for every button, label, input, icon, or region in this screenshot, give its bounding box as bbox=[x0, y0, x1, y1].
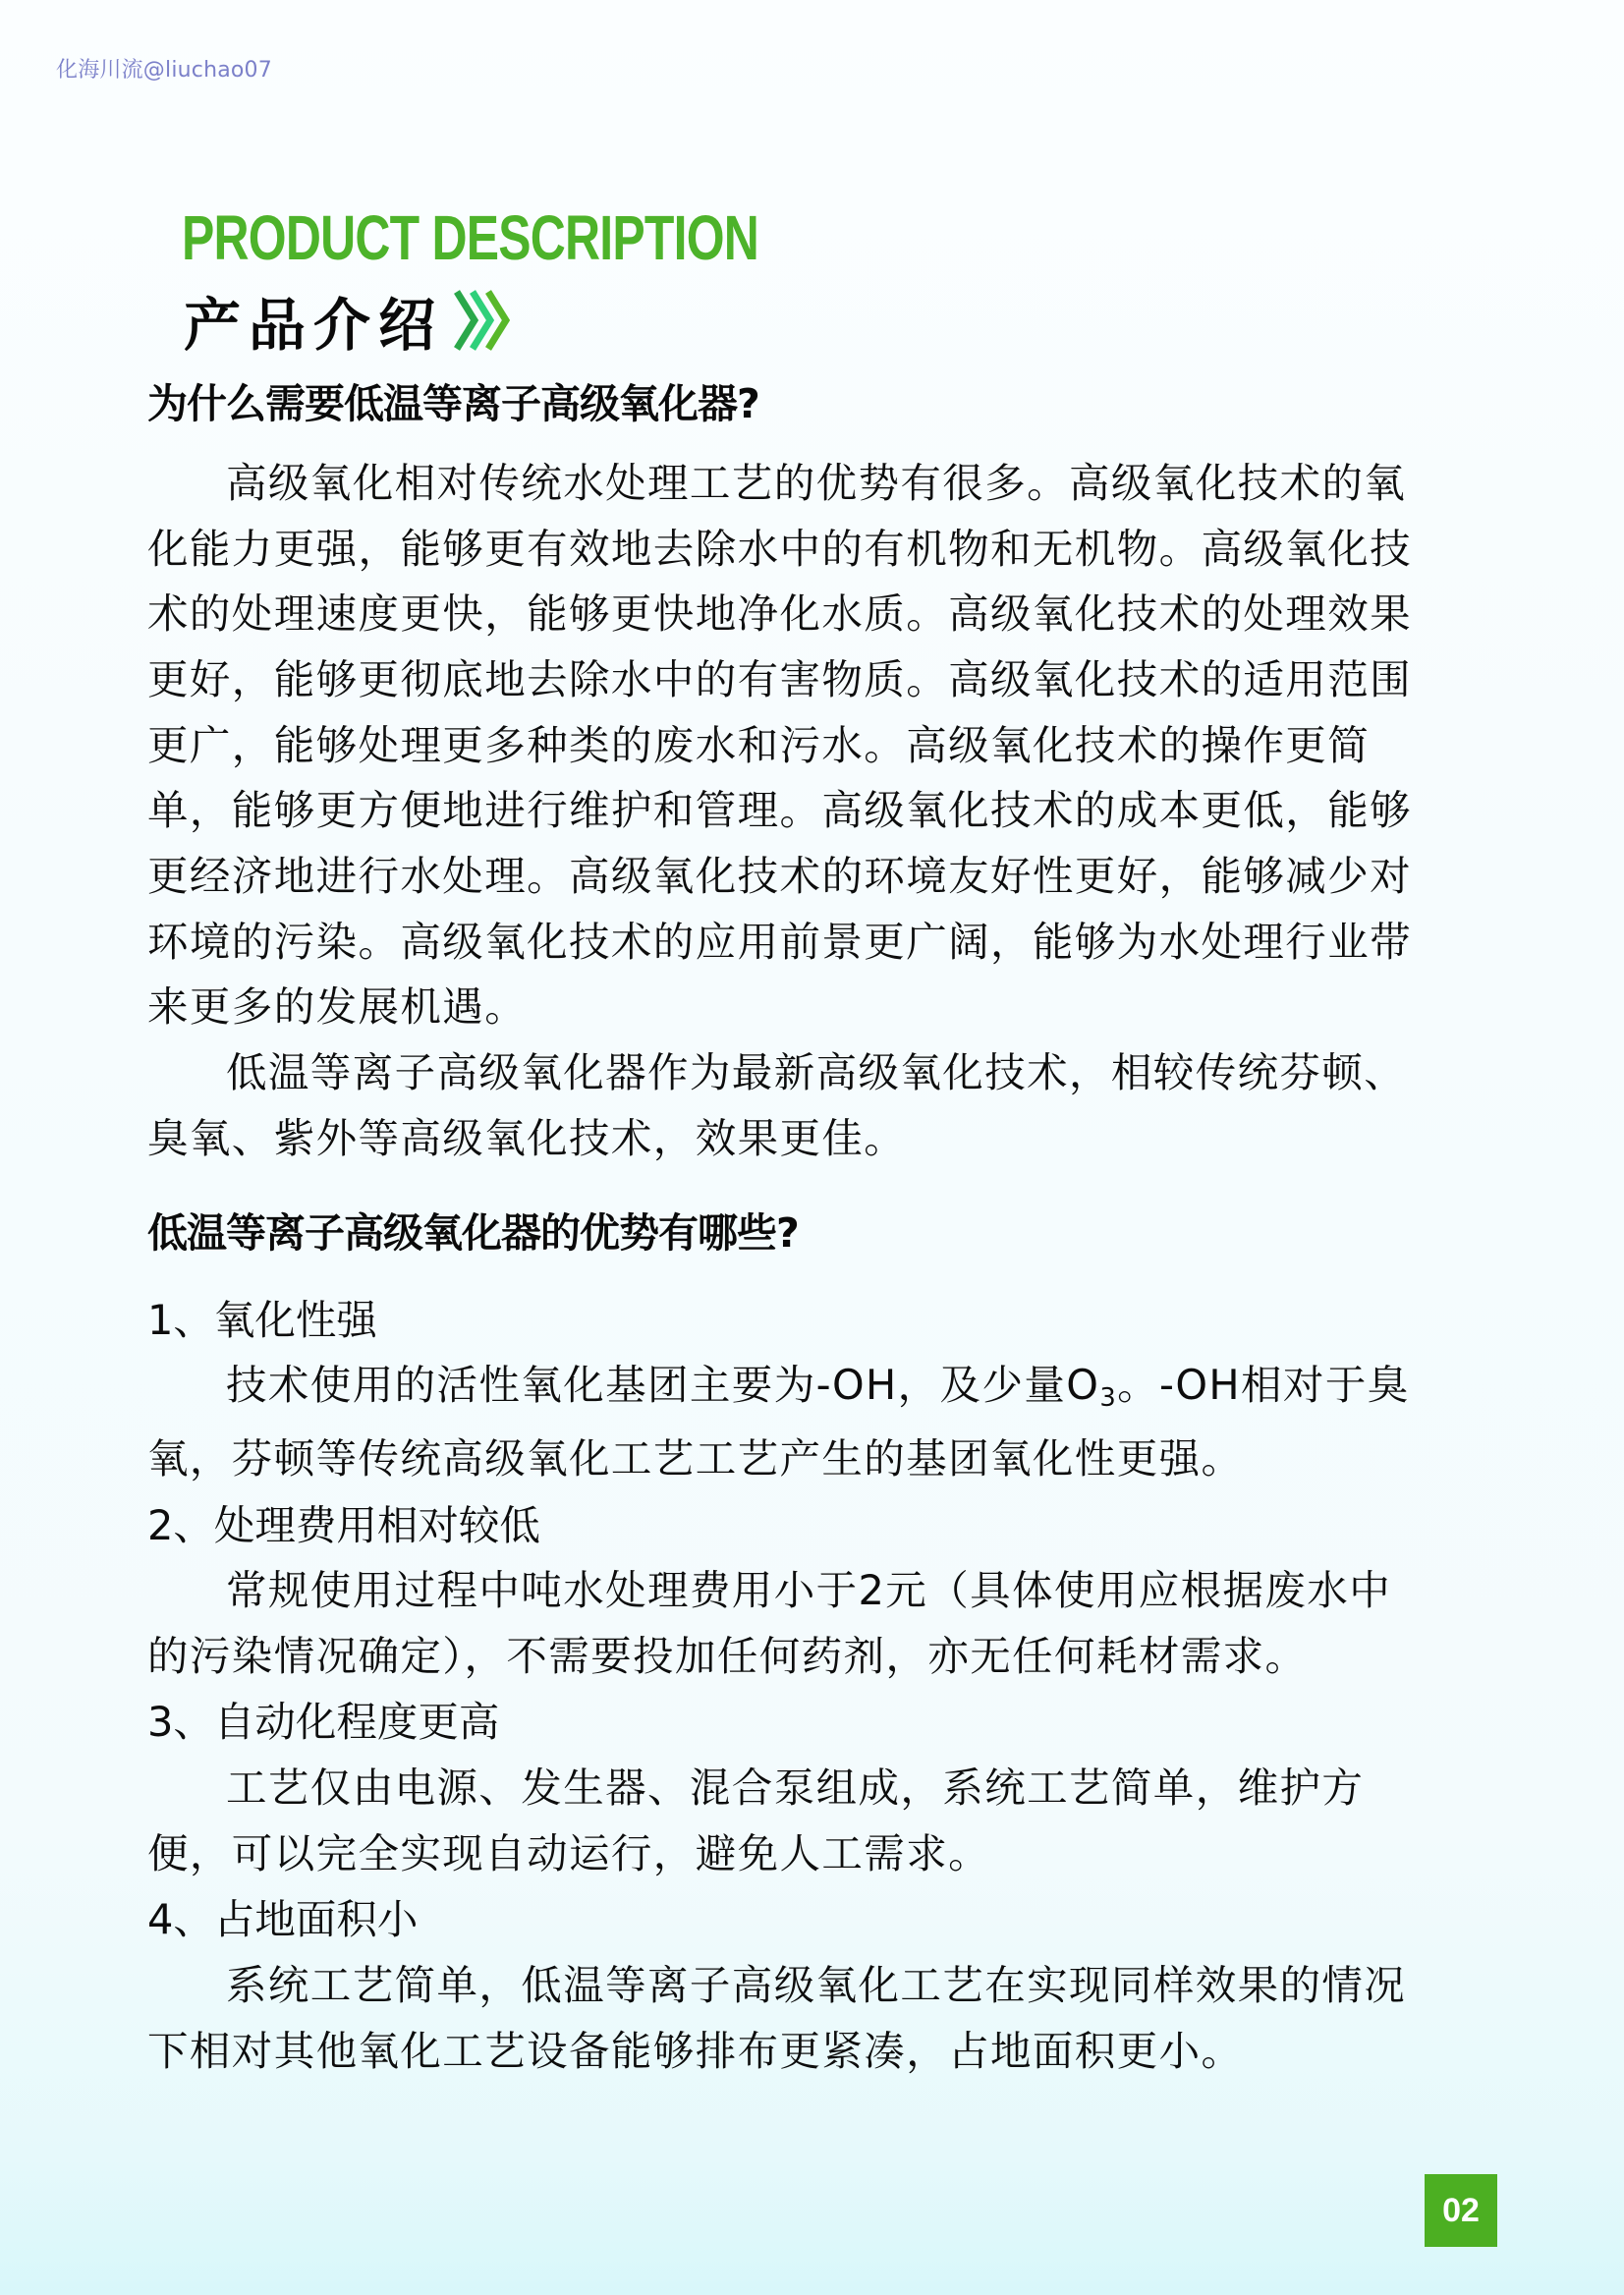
advantage-line: 工艺仅由电源、发生器、混合泵组成，系统工艺简单，维护方 bbox=[226, 1763, 1364, 1814]
advantage-line: 下相对其他氧化工艺设备能够排布更紧凑，占地面积更小。 bbox=[147, 2026, 1243, 2077]
text-segment: 。-OH相对于臭 bbox=[1117, 1361, 1410, 1409]
paragraph-line: 来更多的发展机遇。 bbox=[147, 981, 527, 1033]
paragraph-line: 化能力更强，能够更有效地去除水中的有机物和无机物。高级氧化技 bbox=[147, 524, 1412, 575]
watermark: 化海川流@liuchao07 bbox=[56, 53, 272, 84]
advantage-line: 常规使用过程中吨水处理费用小于2元（具体使用应根据废水中 bbox=[226, 1565, 1391, 1616]
advantage-line: 技术使用的活性氧化基团主要为-OH，及少量O3。-OH相对于臭 bbox=[226, 1360, 1410, 1411]
paragraph-line: 高级氧化相对传统水处理工艺的优势有很多。高级氧化技术的氧 bbox=[226, 458, 1406, 509]
advantage-title: 3、自动化程度更高 bbox=[147, 1697, 499, 1748]
title-english: PRODUCT DESCRIPTION bbox=[182, 202, 758, 273]
paragraph-line: 更好，能够更彻底地去除水中的有害物质。高级氧化技术的适用范围 bbox=[147, 654, 1412, 705]
paragraph-line: 低温等离子高级氧化器作为最新高级氧化技术，相较传统芬顿、 bbox=[226, 1047, 1406, 1098]
text-segment: 技术使用的活性氧化基团主要为-OH，及少量O bbox=[226, 1361, 1099, 1409]
advantage-title: 4、占地面积小 bbox=[147, 1894, 418, 1945]
title-chinese: 产品介绍 bbox=[184, 279, 443, 362]
advantage-line: 便，可以完全实现自动运行，避免人工需求。 bbox=[147, 1828, 990, 1879]
paragraph-line: 环境的污染。高级氧化技术的应用前景更广阔，能够为水处理行业带 bbox=[147, 917, 1412, 968]
page-number-badge: 02 bbox=[1425, 2174, 1497, 2247]
subscript: 3 bbox=[1099, 1383, 1117, 1413]
advantage-title: 2、处理费用相对较低 bbox=[147, 1500, 540, 1551]
section-heading-advantages: 低温等离子高级氧化器的优势有哪些? bbox=[147, 1208, 799, 1258]
paragraph-line: 更广，能够处理更多种类的废水和污水。高级氧化技术的操作更简 bbox=[147, 720, 1370, 771]
paragraph-line: 术的处理速度更快，能够更快地净化水质。高级氧化技术的处理效果 bbox=[147, 588, 1412, 640]
paragraph-line: 单，能够更方便地进行维护和管理。高级氧化技术的成本更低，能够 bbox=[147, 785, 1412, 836]
paragraph-line: 更经济地进行水处理。高级氧化技术的环境友好性更好，能够减少对 bbox=[147, 851, 1412, 902]
title-chinese-row: 产品介绍 bbox=[184, 285, 514, 356]
advantage-line: 的污染情况确定），不需要投加任何药剂，亦无任何耗材需求。 bbox=[147, 1631, 1307, 1682]
triple-chevron-right-icon bbox=[453, 286, 514, 355]
advantage-title: 1、氧化性强 bbox=[147, 1295, 377, 1346]
advantage-line: 系统工艺简单，低温等离子高级氧化工艺在实现同样效果的情况 bbox=[226, 1960, 1406, 2011]
paragraph-line: 臭氧、紫外等高级氧化技术，效果更佳。 bbox=[147, 1113, 906, 1164]
advantage-line: 氧，芬顿等传统高级氧化工艺工艺产生的基团氧化性更强。 bbox=[147, 1433, 1243, 1484]
section-heading-why: 为什么需要低温等离子高级氧化器? bbox=[147, 379, 759, 428]
